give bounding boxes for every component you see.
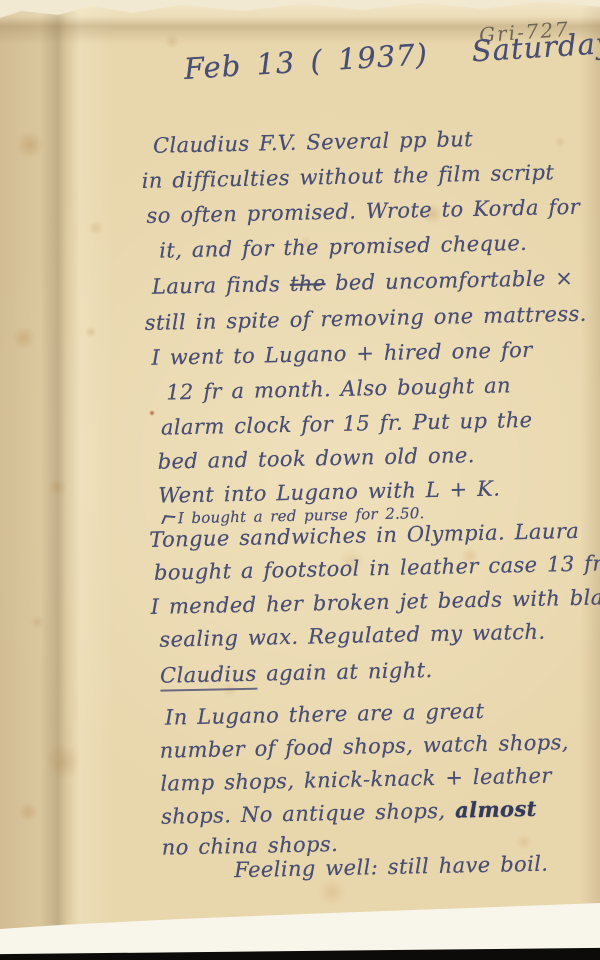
handwritten-line: Claudius F.V. Several pp but	[153, 129, 473, 157]
handwritten-line: Claudius again at night.	[160, 660, 433, 687]
handwritten-line: alarm clock for 15 fr. Put up the	[161, 410, 533, 439]
handwritten-line: shops. No antique shops, almost	[161, 798, 537, 828]
handwritten-line: sealing wax. Regulated my watch.	[159, 622, 545, 651]
insertion-mark-icon	[161, 515, 176, 525]
handwritten-line: in difficulties without the film script	[142, 162, 555, 192]
handwritten-line: lamp shops, knick-knack + leather	[160, 766, 552, 795]
overwritten-word: almost	[455, 796, 537, 823]
handwritten-line: Laura finds the bed uncomfortable ×	[152, 268, 574, 298]
handwritten-line: Went into Lugano with L + K.	[158, 479, 500, 507]
handwritten-line: no china shops.	[162, 834, 339, 859]
handwritten-line: In Lugano there are a great	[165, 701, 485, 729]
handwritten-line: it, and for the promised cheque.	[159, 233, 527, 262]
handwriting-block: Claudius F.V. Several pp but in difficul…	[138, 0, 600, 960]
handwritten-line: Feeling well: still have boil.	[234, 854, 549, 882]
struck-word: the	[290, 271, 326, 296]
handwritten-line: I went to Lugano + hired one for	[151, 340, 533, 369]
handwritten-line: bed and took down old one.	[157, 445, 475, 473]
handwritten-line: I mended her broken jet beads with black	[151, 587, 600, 618]
handwritten-line: bought a footstool in leather case 13 fr…	[154, 553, 600, 583]
handwritten-line: so often promised. Wrote to Korda for	[146, 197, 580, 227]
handwritten-line: number of food shops, watch shops,	[160, 732, 570, 762]
underlined-word: Claudius	[160, 662, 257, 692]
handwritten-line: still in spite of removing one mattress.	[145, 304, 587, 334]
handwritten-line: 12 fr a month. Also bought an	[166, 375, 511, 403]
